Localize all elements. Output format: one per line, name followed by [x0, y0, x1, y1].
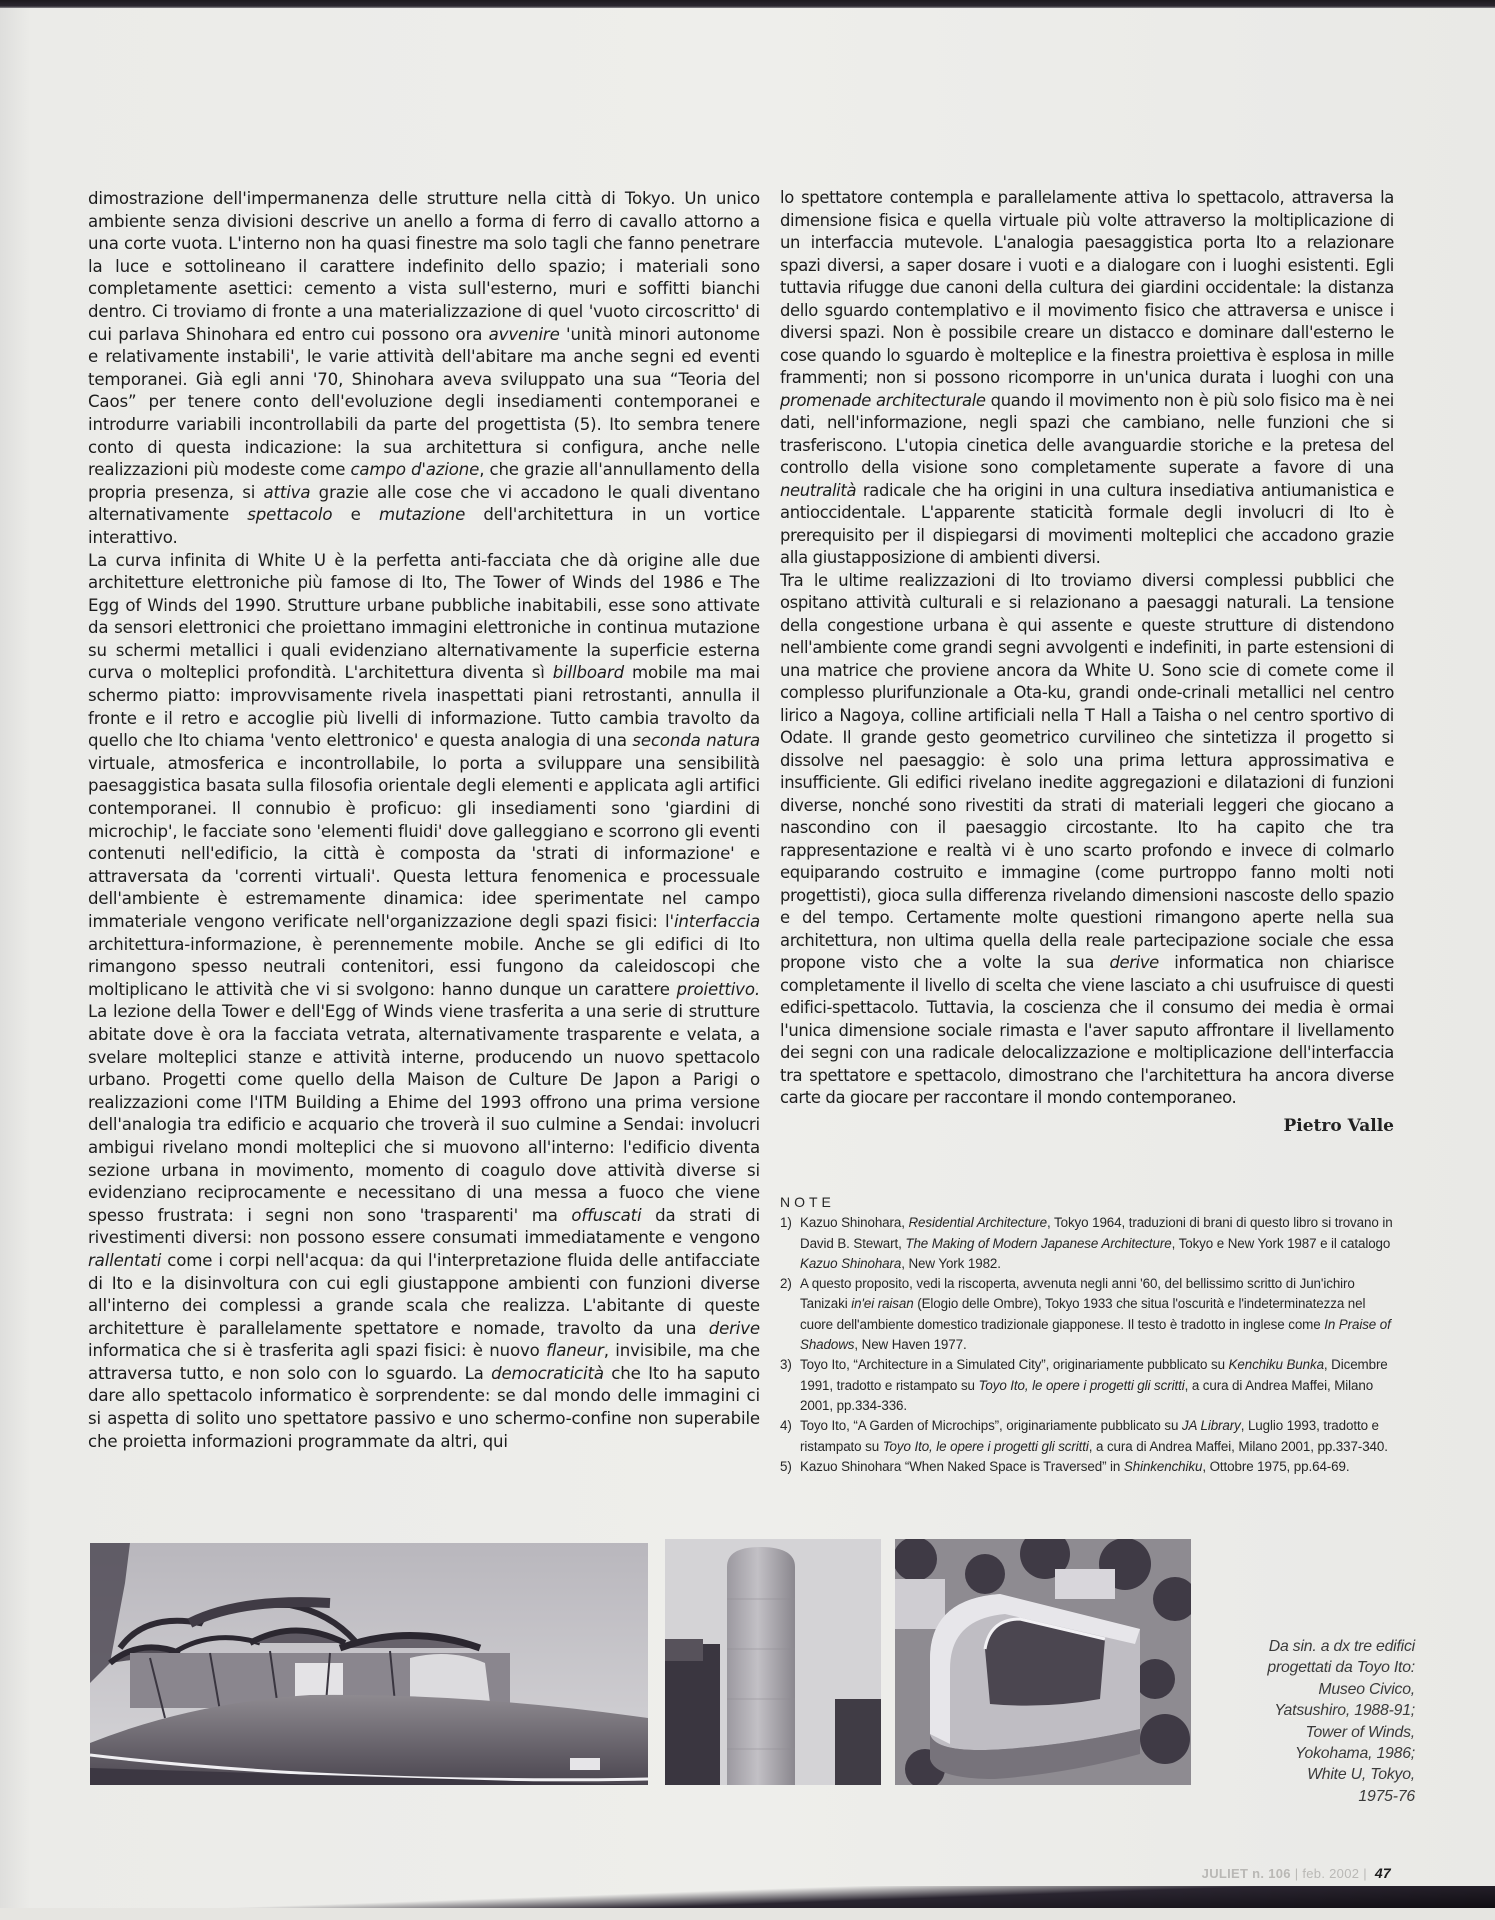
- paragraph: Tra le ultime realizzazioni di Ito trovi…: [780, 570, 1394, 1110]
- text-run: radicale che ha origini in una cultura i…: [780, 481, 1394, 568]
- italic-term: mutazione: [379, 505, 465, 524]
- italic-term: avvenire: [489, 325, 560, 344]
- italic-term: rallentati: [88, 1251, 161, 1270]
- text-run: Kazuo Shinohara “When Naked Space is Tra…: [800, 1459, 1124, 1474]
- italic-term: billboard: [553, 663, 624, 682]
- italic-term: democraticità: [491, 1364, 604, 1383]
- text-run: virtuale, atmosferica e incontrollabile,…: [88, 754, 760, 931]
- italic-term: Kenchiku Bunka: [1229, 1357, 1324, 1372]
- footnotes: NOTE 1)Kazuo Shinohara, Residential Arch…: [780, 1192, 1394, 1477]
- italic-term: Kazuo Shinohara: [800, 1256, 901, 1271]
- text-run: lo spettatore contempla e parallelamente…: [780, 188, 1394, 387]
- text-run: 'unità minori autonome e relativamente i…: [88, 325, 760, 480]
- italic-term: seconda natura: [632, 731, 760, 750]
- text-run: informatica non chiarisce completamente …: [780, 953, 1394, 1107]
- italic-term: campo d'azione: [350, 460, 479, 479]
- footnote-text: Toyo Ito, “Architecture in a Simulated C…: [800, 1355, 1394, 1416]
- paragraph: La curva infinita di White U è la perfet…: [88, 550, 760, 1454]
- italic-term: interfaccia: [674, 912, 760, 931]
- italic-term: neutralità: [780, 481, 856, 500]
- italic-term: JA Library: [1182, 1418, 1241, 1433]
- author-signature: Pietro Valle: [1284, 1116, 1395, 1136]
- italic-term: spettacolo: [247, 505, 332, 524]
- italic-term: The Making of Modern Japanese Architectu…: [905, 1236, 1171, 1251]
- footnote-text: Kazuo Shinohara “When Naked Space is Tra…: [800, 1457, 1394, 1477]
- caption-line: progettati da Toyo Ito:: [1190, 1657, 1415, 1678]
- footnote-item: 1)Kazuo Shinohara, Residential Architect…: [780, 1213, 1394, 1274]
- footnote-text: Toyo Ito, “A Garden of Microchips”, orig…: [800, 1416, 1394, 1457]
- caption-line: Da sin. a dx tre edifici: [1190, 1636, 1415, 1657]
- italic-term: proiettivo.: [676, 980, 760, 999]
- italic-term: attiva: [263, 483, 310, 502]
- photo-white-u: [895, 1539, 1191, 1785]
- footnote-number: 2): [780, 1274, 800, 1355]
- paragraph: lo spettatore contempla e parallelamente…: [780, 187, 1394, 570]
- italic-term: derive: [1109, 953, 1158, 972]
- italic-term: Toyo Ito, le opere i progetti gli scritt…: [883, 1439, 1089, 1454]
- italic-term: Shinkenchiku: [1124, 1459, 1202, 1474]
- magazine-page: dimostrazione dell'impermanenza delle st…: [0, 8, 1495, 1908]
- text-run: e: [332, 505, 379, 524]
- magazine-issue: JULIET n. 106: [1202, 1866, 1291, 1881]
- italic-term: Residential Architecture: [908, 1215, 1047, 1230]
- text-run: Toyo Ito, “Architecture in a Simulated C…: [800, 1357, 1229, 1372]
- text-run: Kazuo Shinohara,: [800, 1215, 908, 1230]
- text-run: , New York 1982.: [901, 1256, 1001, 1271]
- footnote-text: Kazuo Shinohara, Residential Architectur…: [800, 1213, 1394, 1274]
- text-run: , Ottobre 1975, pp.64-69.: [1202, 1459, 1349, 1474]
- footnote-item: 4)Toyo Ito, “A Garden of Microchips”, or…: [780, 1416, 1394, 1457]
- footnote-number: 3): [780, 1355, 800, 1416]
- italic-term: offuscati: [571, 1206, 641, 1225]
- footnotes-title: NOTE: [780, 1192, 1394, 1212]
- text-run: informatica che si è trasferita agli spa…: [88, 1341, 546, 1360]
- page-edge-shadow: [0, 1886, 1495, 1908]
- footnote-item: 2)A questo proposito, vedi la riscoperta…: [780, 1274, 1394, 1355]
- page-footer: JULIET n. 106 | feb. 2002 | 47: [1202, 1865, 1391, 1881]
- photo-museo-civico-yatsushiro: [90, 1543, 648, 1785]
- text-run: Tra le ultime realizzazioni di Ito trovi…: [780, 571, 1394, 973]
- footnote-number: 5): [780, 1457, 800, 1477]
- italic-term: Toyo Ito, le opere i progetti gli scritt…: [979, 1378, 1185, 1393]
- text-run: , a cura di Andrea Maffei, Milano 2001, …: [1089, 1439, 1388, 1454]
- footnotes-list: 1)Kazuo Shinohara, Residential Architect…: [780, 1213, 1394, 1477]
- caption-line: Yokohama, 1986;: [1190, 1743, 1415, 1764]
- italic-term: derive: [709, 1319, 760, 1338]
- caption-line: Museo Civico,: [1190, 1679, 1415, 1700]
- photo-tower-of-winds: [665, 1539, 881, 1785]
- caption-line: Yatsushiro, 1988-91;: [1190, 1700, 1415, 1721]
- text-run: dimostrazione dell'impermanenza delle st…: [88, 189, 760, 344]
- footnote-item: 3)Toyo Ito, “Architecture in a Simulated…: [780, 1355, 1394, 1416]
- footnote-item: 5)Kazuo Shinohara “When Naked Space is T…: [780, 1457, 1394, 1477]
- footnote-number: 4): [780, 1416, 800, 1457]
- text-run: come i corpi nell'acqua: da qui l'interp…: [88, 1251, 760, 1338]
- italic-term: promenade architecturale: [780, 391, 986, 410]
- text-run: , Tokyo e New York 1987 e il catalogo: [1172, 1236, 1391, 1251]
- page-number: 47: [1375, 1865, 1391, 1881]
- photo-caption: Da sin. a dx tre edifici progettati da T…: [1190, 1636, 1415, 1807]
- italic-term: in'ei raisan: [851, 1296, 913, 1311]
- caption-line: 1975-76: [1190, 1786, 1415, 1807]
- issue-date: feb. 2002: [1302, 1866, 1359, 1881]
- footnote-text: A questo proposito, vedi la riscoperta, …: [800, 1274, 1394, 1355]
- footer-separator: |: [1363, 1866, 1367, 1881]
- italic-term: flaneur: [546, 1341, 604, 1360]
- paragraph: dimostrazione dell'impermanenza delle st…: [88, 188, 760, 550]
- text-run: Toyo Ito, “A Garden of Microchips”, orig…: [800, 1418, 1182, 1433]
- article-left-column: dimostrazione dell'impermanenza delle st…: [88, 188, 760, 1453]
- text-run: La lezione della Tower e dell'Egg of Win…: [88, 1002, 760, 1224]
- footnote-number: 1): [780, 1213, 800, 1274]
- text-run: architettura-informazione, è perennement…: [88, 935, 760, 999]
- caption-line: Tower of Winds,: [1190, 1722, 1415, 1743]
- footer-separator: |: [1295, 1866, 1299, 1881]
- caption-line: White U, Tokyo,: [1190, 1764, 1415, 1785]
- text-run: , New Haven 1977.: [854, 1337, 966, 1352]
- article-right-column: lo spettatore contempla e parallelamente…: [780, 187, 1394, 1110]
